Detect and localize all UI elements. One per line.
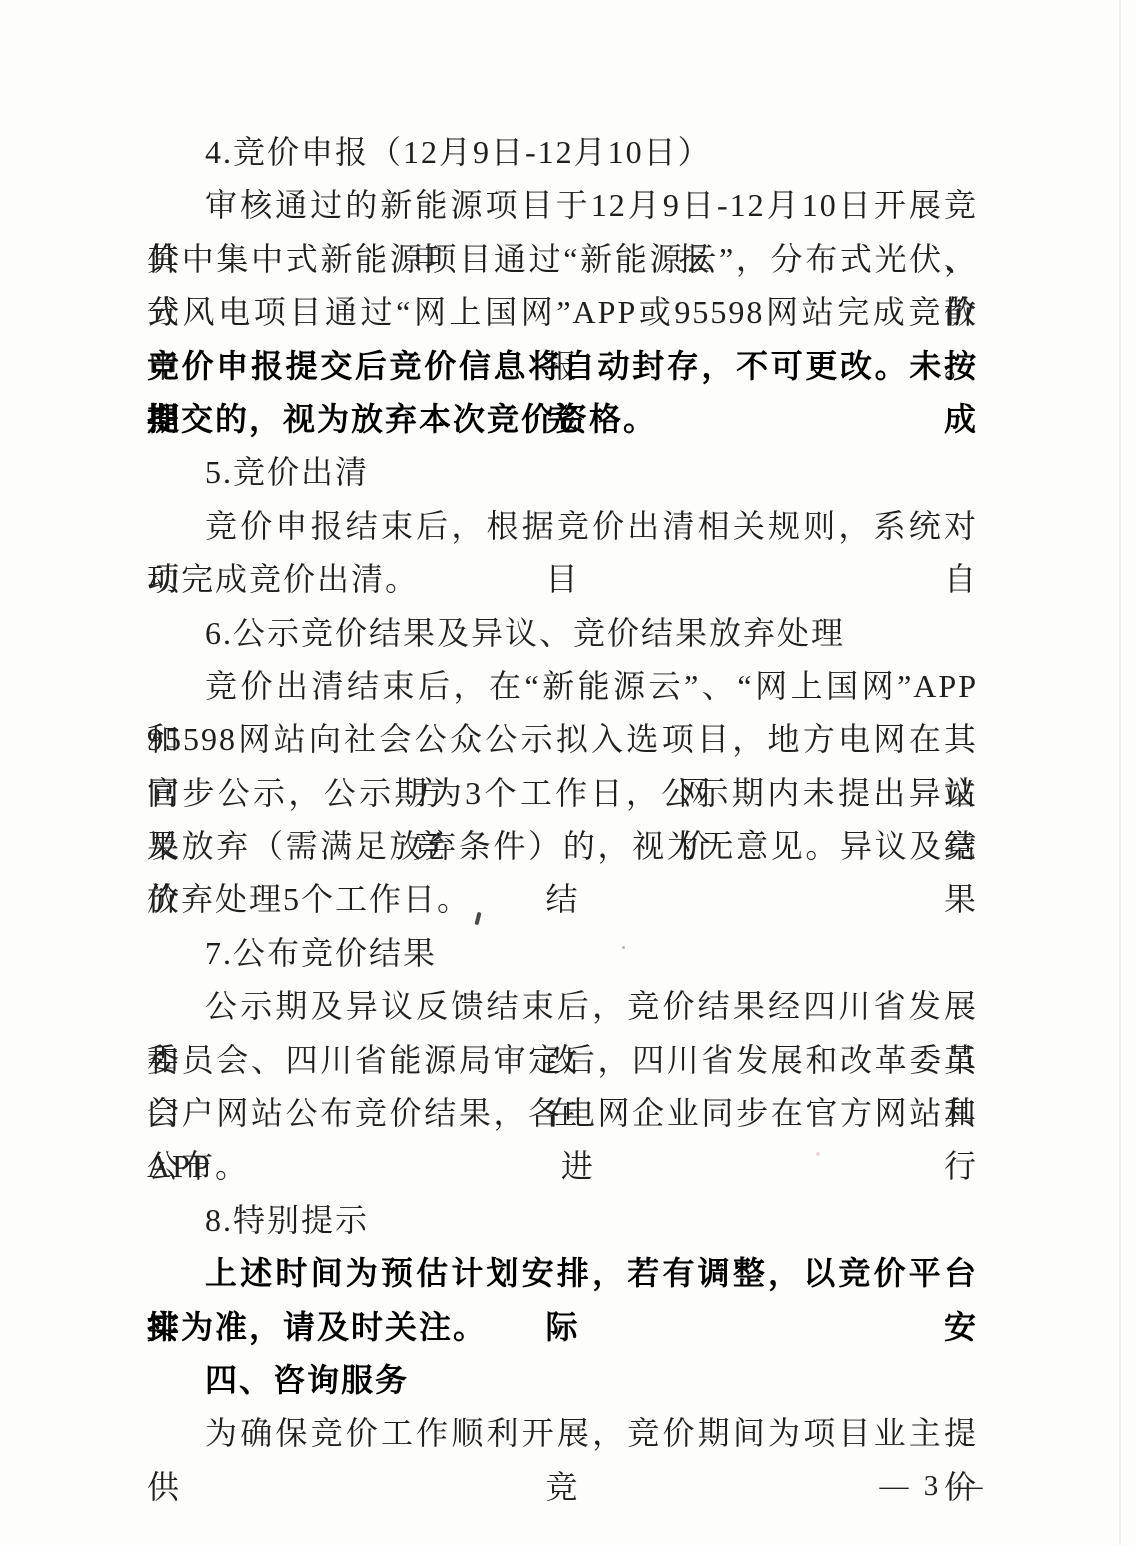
emphasis-text-line: 上述时间为预估计划安排，若有调整，以竞价平台实际安: [147, 1247, 978, 1300]
emphasis-text-line: 竞价申报提交后竞价信息将自动封存，不可更改。未按期完成: [147, 340, 978, 393]
body-text-line: 果放弃（需满足放弃条件）的，视为无意见。异议及竞价结果: [147, 820, 978, 873]
section-title-line: 5.竞价出清: [147, 446, 978, 499]
body-text-line: 门户网站公布竞价结果，各电网企业同步在官方网站和APP进行: [147, 1087, 978, 1140]
body-text-line: 95598网站向社会公众公示拟入选项目，地方电网在其官方网站: [147, 713, 978, 766]
section-title-line: 6.公示竞价结果及异议、竞价结果放弃处理: [147, 607, 978, 660]
body-text-line: 委员会、四川省能源局审定后，四川省发展和改革委员会在其: [147, 1034, 978, 1087]
body-text-line: 审核通过的新能源项目于12月9日-12月10日开展竞价申报，: [147, 179, 978, 232]
body-text-line: 同步公示，公示期为3个工作日，公示期内未提出异议及竞价结: [147, 767, 978, 820]
body-text-line: 公示期及异议反馈结束后，竞价结果经四川省发展和改革: [147, 980, 978, 1033]
section-title-line: 8.特别提示: [147, 1194, 978, 1247]
chapter-heading-line: 四、咨询服务: [147, 1354, 978, 1407]
body-text-line: 为确保竞价工作顺利开展，竞价期间为项目业主提供竞价: [147, 1407, 978, 1460]
body-text-line: 竞价出清结束后，在“新能源云”、“网上国网”APP和: [147, 660, 978, 713]
body-text-line: 其中集中式新能源项目通过“新能源云”，分布式光伏、分散: [147, 233, 978, 286]
scan-edge-artifact: [1119, 0, 1121, 1545]
section-title-line: 7.公布竞价结果: [147, 927, 978, 980]
document-body: 4.竞价申报（12月9日-12月10日）审核通过的新能源项目于12月9日-12月…: [147, 126, 978, 1461]
section-title-line: 4.竞价申报（12月9日-12月10日）: [147, 126, 978, 179]
body-text-line: 竞价申报结束后，根据竞价出清相关规则，系统对项目自: [147, 500, 978, 553]
page-number: — 3 —: [848, 1464, 1018, 1508]
body-text-line: 式风电项目通过“网上国网”APP或95598网站完成竞价申报。: [147, 286, 978, 339]
document-page: 4.竞价申报（12月9日-12月10日）审核通过的新能源项目于12月9日-12月…: [0, 0, 1136, 1545]
